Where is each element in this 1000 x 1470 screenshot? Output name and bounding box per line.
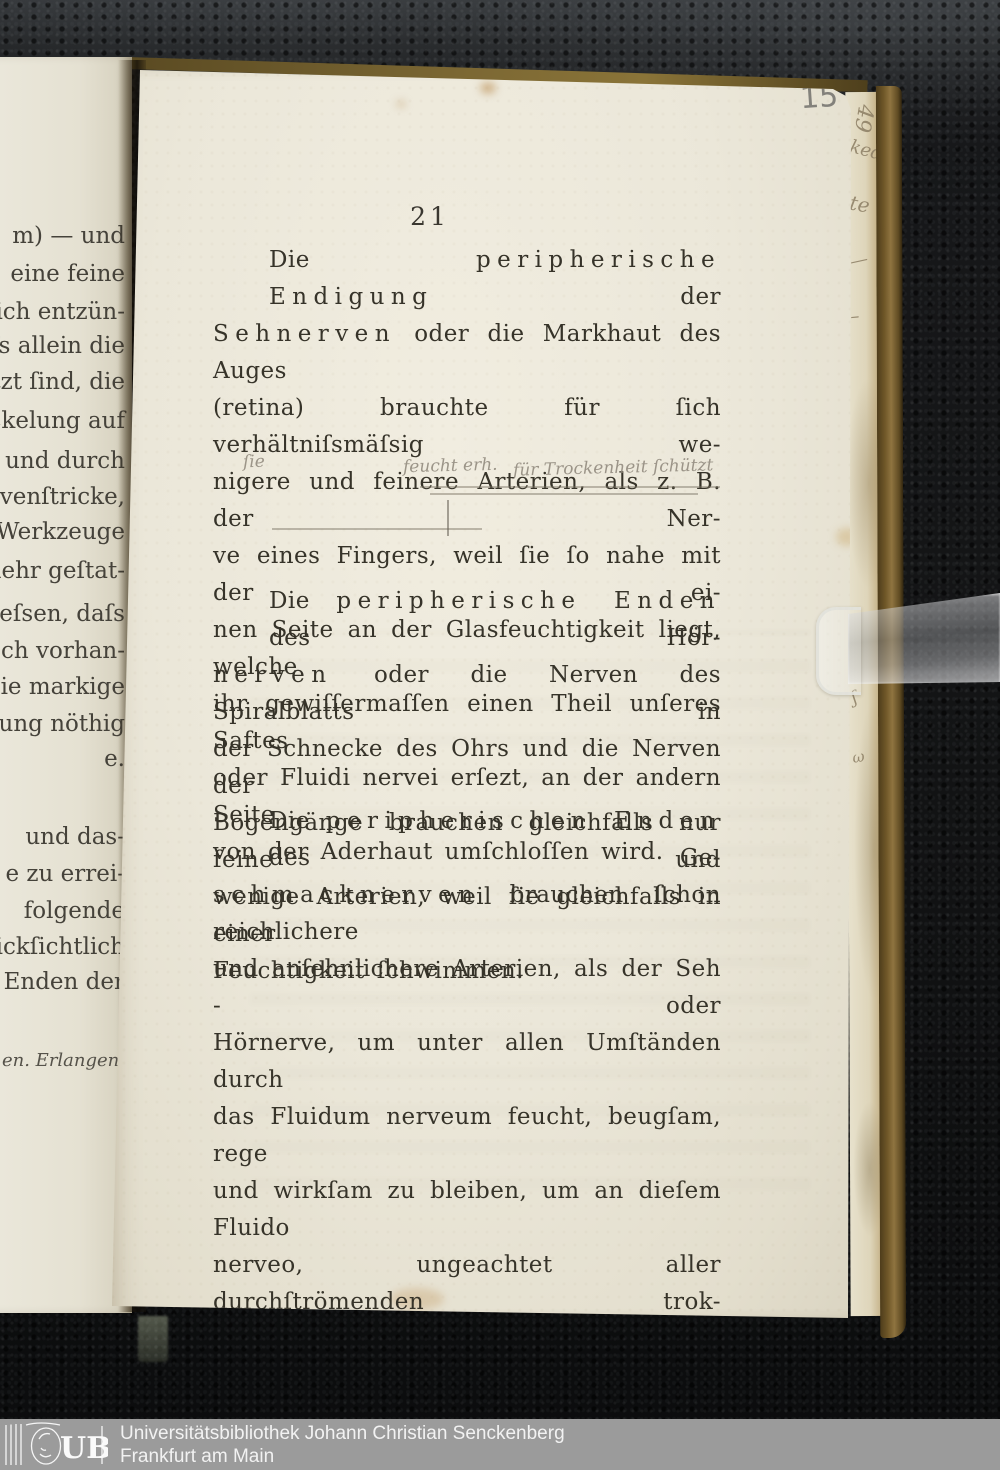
text-line: Die peripherische Endigung der (213, 242, 721, 316)
book-scan-photo: 49kedte—–ʃω m) — undeine feinelich entzü… (0, 0, 1000, 1470)
text-line: (retina) brauchte für ſich verhältniſsmä… (213, 390, 721, 464)
text-line: nerveo, ungeachtet aller durchſtrömenden… (213, 1247, 721, 1321)
cutoff-text-fragment: lie markige (0, 674, 125, 700)
cutoff-text-fragment: m) — und (12, 223, 125, 249)
page-marker-tab (138, 1316, 168, 1362)
cutoff-text-fragment: und das- (25, 824, 125, 850)
facing-page-edge: m) — undeine feinelich entzün-oſs allein… (0, 57, 132, 1313)
cutoff-text-fragment: nehr geſtat- (0, 558, 125, 584)
library-name-line1: Universitätsbibliothek Johann Christian … (120, 1422, 565, 1445)
foxing-stain (396, 100, 406, 108)
book-fore-edge (876, 86, 906, 1338)
library-name-line2: Frankfurt am Main (120, 1445, 565, 1468)
foxing-stain (480, 82, 496, 94)
pencil-annotation: feucht erh. (403, 455, 498, 477)
cutoff-text-fragment: lich entzün- (0, 299, 125, 325)
cutoff-text-fragment: och vorhan- (0, 638, 125, 664)
text-line: Die peripherische Enden des Hör- (213, 583, 721, 657)
pencil-line (420, 486, 720, 488)
book-page: 21 15 Die peripherische Endigung derSehn… (100, 60, 870, 1328)
cutoff-text-fragment: en. Erlangen, (2, 1050, 125, 1071)
cutoff-text-fragment: folgende (24, 898, 125, 924)
pencil-line (430, 493, 698, 495)
cutoff-text-fragment: e zu errei- (5, 861, 125, 887)
page-number: 21 (370, 202, 490, 231)
handwritten-edge-fragment: — (848, 248, 870, 272)
cutoff-text-fragment: wickelung auf (0, 408, 125, 434)
cutoff-text-fragment: eine feine (10, 261, 125, 287)
handwritten-edge-fragment: – (849, 306, 860, 328)
page-holder-clip (816, 607, 861, 695)
library-logo: UB (2, 1422, 108, 1468)
logo-flag-line (26, 1423, 60, 1425)
cutoff-text-fragment: tzt ſind, die (0, 369, 125, 395)
cutoff-text-fragment: ickſichtlich (0, 934, 125, 960)
library-name: Universitätsbibliothek Johann Christian … (120, 1422, 565, 1468)
text-line: nerven oder die Nerven des Spiralblatts … (213, 657, 721, 731)
logo-ub-text: UB (60, 1431, 108, 1466)
text-line: schmacknerven brauchen ſchon reichlicher… (213, 877, 721, 951)
text-line: Hörnerve, um unter allen Umſtänden durch (213, 1025, 721, 1099)
handwritten-edge-fragment: 49 (849, 103, 878, 135)
library-footer: UB Universitätsbibliothek Johann Christi… (0, 1419, 1000, 1470)
text-line: Die peripherischen Enden des Ge- (213, 803, 721, 877)
cutoff-text-fragment: Werkzeuge (0, 519, 125, 545)
handwritten-edge-fragment: te (848, 191, 872, 218)
text-line: das Fluidum nerveum feucht, beugſam, reg… (213, 1099, 721, 1173)
text-line: nenden Luft beym Athmen und Sprechen, un… (213, 1321, 721, 1395)
cutoff-text-fragment: Enden der (4, 969, 125, 995)
text-line: der Schnecke des Ohrs und die Nerven der (213, 731, 721, 805)
pencil-annotation: ſie (243, 452, 265, 473)
cutoff-text-fragment: ervenſtricke, (0, 484, 125, 510)
cutoff-text-fragment: ung nöthig (0, 711, 125, 737)
text-line: und wirkſam zu bleiben, um an dieſem Flu… (213, 1173, 721, 1247)
cutoff-text-fragment: ieſsen, daſs (0, 601, 125, 627)
text-line: und anſehnlichere Arterien, als der Seh … (213, 951, 721, 1025)
pencil-mark (447, 500, 449, 536)
pencil-line (272, 528, 482, 530)
cutoff-text-fragment: oſs allein die (0, 333, 125, 359)
paragraph: Die peripherischen Enden des Ge-schmackn… (213, 803, 721, 1469)
cutoff-text-fragment: , und durch (0, 448, 125, 474)
handwritten-edge-fragment: ω (851, 747, 866, 767)
text-line: Sehnerven oder die Markhaut des Auges (213, 316, 721, 390)
